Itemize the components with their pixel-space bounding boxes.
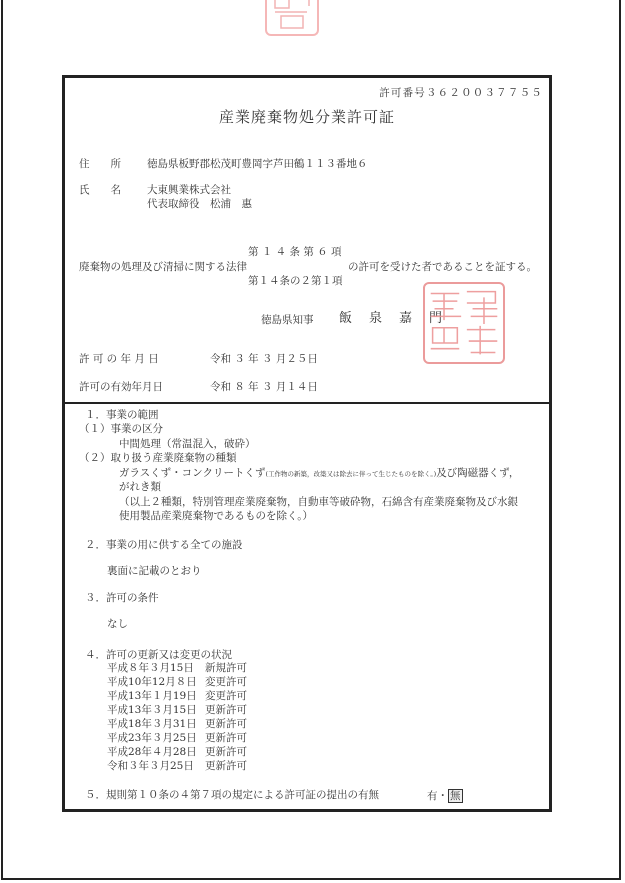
certificate-box: 許可番号３６２００３７７５５ 産業廃棄物処分業許可証 住 所 徳島県板野郡松茂町…: [62, 75, 552, 812]
expiry-date-label: 許可の有効年月日: [79, 381, 163, 394]
waste-exclusion-note: (工作物の新築，改築又は除去に伴って生じたものを除く。): [265, 470, 436, 478]
history-type: 更新許可: [205, 704, 247, 717]
history-date: 平成８年３月15日: [107, 662, 194, 675]
permit-number: 許可番号３６２００３７７５５: [379, 87, 543, 100]
address-label: 住 所: [79, 158, 121, 171]
issuer-title: 徳島県知事: [261, 314, 314, 327]
governor-seal-stamp: [423, 282, 505, 364]
section5-heading: ５．規則第１０条の４第７項の規定による許可証の提出の有無: [85, 789, 379, 802]
history-type: 更新許可: [205, 746, 247, 759]
section1-heading: １．事業の範囲: [85, 409, 159, 422]
seal-icon: [267, 0, 317, 34]
article-lower: 第１４条の２第１項: [248, 275, 343, 288]
history-date: 平成10年12月８日: [107, 676, 197, 689]
option-separator: ・: [438, 790, 449, 802]
waste-type-ceramics: 及び陶磁器くず，: [436, 467, 519, 479]
seal-icon: [425, 284, 503, 362]
name-label: 氏 名: [79, 184, 121, 197]
permit-date-value: 令和 ３ 年 ３ 月２５日: [210, 353, 318, 366]
history-date: 令和３年３月25日: [107, 760, 194, 773]
section2-heading: ２．事業の用に供する全ての施設: [85, 539, 243, 552]
history-type: 更新許可: [205, 760, 247, 773]
option-no-selected: 無: [448, 789, 463, 803]
section3-heading: ３．許可の条件: [85, 592, 159, 605]
representative-name: 代表取締役 松浦 惠: [147, 198, 252, 211]
history-type: 変更許可: [205, 676, 247, 689]
history-date: 平成28年４月28日: [107, 746, 197, 759]
section1-waste-line2: がれき類: [119, 481, 161, 494]
section-divider: [65, 402, 549, 404]
section4-heading: ４．許可の更新又は変更の状況: [85, 649, 232, 662]
section1-sub1-value: 中間処理（常温混入，破砕）: [119, 438, 256, 451]
permit-date-label: 許 可 の 年 月 日: [79, 353, 159, 366]
waste-type-glass-concrete: ガラスくず・コンクリートくず: [119, 467, 265, 479]
section1-waste-line1: ガラスくず・コンクリートくず(工作物の新築，改築又は除去に伴って生じたものを除く…: [119, 467, 519, 481]
company-name: 大東興業株式会社: [147, 184, 231, 197]
history-type: 新規許可: [205, 662, 247, 675]
document-title: 産業廃棄物処分業許可証: [65, 108, 549, 126]
history-type: 更新許可: [205, 732, 247, 745]
address-value: 徳島県板野郡松茂町豊岡字芦田鶴１１３番地６: [147, 158, 368, 171]
option-yes: 有: [427, 790, 438, 802]
top-seal-stamp: [265, 0, 319, 36]
history-date: 平成23年３月25日: [107, 732, 197, 745]
section1-sub1-heading: （１）事業の区分: [79, 423, 163, 436]
certification-statement: の許可を受けた者であることを証する。: [348, 261, 537, 274]
history-date: 平成18年３月31日: [107, 718, 197, 731]
section3-value: なし: [107, 618, 128, 631]
section1-waste-line3: （以上２種類，特別管理産業廃棄物，自動車等破砕物，石綿含有産業廃棄物及び水銀: [119, 496, 518, 509]
history-date: 平成13年１月19日: [107, 690, 197, 703]
article-upper: 第 １ ４ 条 第 ６ 項: [248, 246, 342, 259]
section1-sub2-heading: （２）取り扱う産業廃棄物の種類: [79, 452, 237, 465]
submission-options: 有・無: [427, 789, 463, 803]
history-type: 変更許可: [205, 690, 247, 703]
section1-waste-line4: 使用製品産業廃棄物であるものを除く。）: [119, 510, 313, 523]
history-date: 平成13年３月15日: [107, 704, 197, 717]
section2-value: 裏面に記載のとおり: [107, 565, 202, 578]
history-type: 更新許可: [205, 718, 247, 731]
law-name: 廃棄物の処理及び清掃に関する法律: [79, 261, 247, 274]
expiry-date-value: 令和 ８ 年 ３ 月１４日: [210, 381, 318, 394]
